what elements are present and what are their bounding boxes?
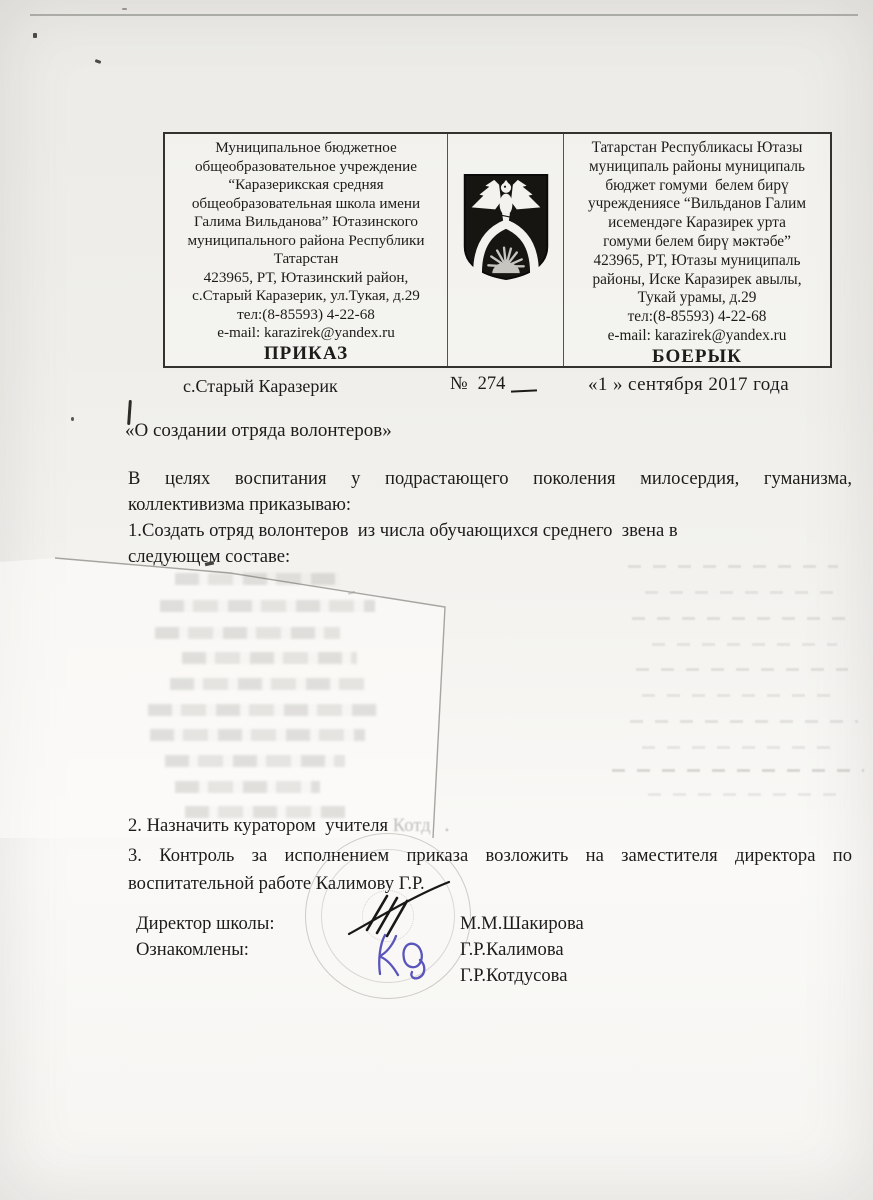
- ghost-text-line: [160, 600, 375, 612]
- item2-visible-text: 2. Назначить куратором учителя: [128, 815, 393, 836]
- scan-smudge: [632, 617, 854, 620]
- org-line: исемендәге Каразирек урта: [566, 214, 828, 233]
- letterhead-table: Муниципальное бюджетное общеобразователь…: [163, 132, 832, 368]
- scan-edge-line: [30, 14, 858, 16]
- order-title-tatar: БОЕРЫК: [566, 348, 828, 366]
- org-line: Муниципальное бюджетное: [168, 139, 444, 158]
- ghost-text-line: [175, 573, 340, 585]
- org-line: Галима Вильданова” Ютазинского: [168, 213, 444, 232]
- order-item-3: 3. Контроль за исполнением приказа возло…: [128, 842, 852, 898]
- ghost-text-line: [155, 627, 340, 639]
- ghost-text-line: [170, 678, 365, 690]
- pen-strike-mark: [511, 389, 537, 393]
- org-line: Тукай урамы, д.29: [566, 289, 828, 308]
- scan-smudge: [642, 746, 840, 749]
- letterhead-tatar-column: Татарстан Республикасы Ютазы муниципаль …: [563, 134, 830, 366]
- org-line: Татарстан Республикасы Ютазы: [566, 139, 828, 158]
- scan-speck: [71, 417, 74, 421]
- org-line: 423965, РТ, Ютазинский район,: [168, 269, 444, 288]
- org-line: 423965, РТ, Ютазы муниципаль: [566, 252, 828, 271]
- org-line: учреждениясе “Вильданов Галим: [566, 195, 828, 214]
- ghost-text-line: [165, 755, 345, 767]
- scan-smudge: [648, 793, 838, 796]
- org-line: Татарстан: [168, 250, 444, 269]
- org-line: муниципального района Республики: [168, 232, 444, 251]
- scan-smudge: [642, 694, 842, 697]
- ghost-text-line: [182, 652, 357, 664]
- number-sign: №: [450, 374, 468, 394]
- scan-speck: [95, 59, 102, 64]
- scan-speck: [122, 8, 127, 10]
- director-label: Директор школы:: [136, 913, 275, 935]
- body-line: В целях воспитания у подрастающего покол…: [128, 466, 852, 492]
- org-line: тел:(8-85593) 4-22-68: [168, 306, 444, 325]
- order-number: №274: [450, 374, 505, 395]
- order-title-russian: ПРИКАЗ: [168, 345, 444, 364]
- scan-speck: [33, 33, 37, 38]
- coat-of-arms-emblem: [461, 172, 551, 282]
- body-line: 1.Создать отряд волонтеров из числа обуч…: [128, 518, 852, 544]
- org-line: с.Старый Каразерик, ул.Тукая, д.29: [168, 287, 444, 306]
- org-line: муниципаль районы муниципаль: [566, 158, 828, 177]
- scan-smudge: [612, 769, 864, 772]
- letterhead-russian-column: Муниципальное бюджетное общеобразователь…: [165, 134, 447, 366]
- scan-smudge: [630, 720, 858, 723]
- acknowledged-name: Г.Р.Калимова: [460, 939, 564, 961]
- scan-smudge: [636, 668, 848, 671]
- org-line: общеобразовательное учреждение: [168, 158, 444, 177]
- overlay-paper-edge: [0, 548, 470, 848]
- acknowledged-signature-ink: [368, 930, 448, 980]
- org-line: e-mail: karazirek@yandex.ru: [168, 324, 444, 343]
- acknowledged-label: Ознакомлены:: [136, 939, 249, 961]
- scan-smudge: [652, 643, 837, 646]
- item2-faint-dot: .: [445, 815, 450, 836]
- order-place: с.Старый Каразерик: [183, 376, 338, 397]
- scanned-order-document: Муниципальное бюджетное общеобразователь…: [0, 0, 873, 1200]
- director-name: М.М.Шакирова: [460, 913, 584, 935]
- org-line: бюджет гомуми белем бирү: [566, 177, 828, 196]
- ghost-text-line: [148, 704, 378, 716]
- org-line: тел:(8-85593) 4-22-68: [566, 308, 828, 327]
- number-value: 274: [478, 374, 506, 394]
- letterhead-emblem-cell: [447, 134, 563, 366]
- order-subject: «О создании отряда волонтеров»: [125, 420, 392, 442]
- ghost-text-line: [150, 729, 365, 741]
- ghost-text-line: [175, 781, 320, 793]
- org-line: e-mail: karazirek@yandex.ru: [566, 327, 828, 346]
- order-date: «1 » сентября 2017 года: [588, 374, 789, 396]
- body-line: коллективизма приказываю:: [128, 492, 852, 518]
- scan-smudge: [645, 591, 840, 594]
- body-line: воспитательной работе Калимову Г.Р.: [128, 870, 852, 898]
- acknowledged-name: Г.Р.Котдусова: [460, 965, 567, 987]
- scan-smudge: [628, 565, 838, 568]
- org-line: районы, Иске Каразирек авылы,: [566, 271, 828, 290]
- org-line: “Каразерикская средняя: [168, 176, 444, 195]
- org-line: общеобразовательная школа имени: [168, 195, 444, 214]
- body-line: 3. Контроль за исполнением приказа возло…: [128, 842, 852, 870]
- org-line: гомуми белем бирү мәктәбе”: [566, 233, 828, 252]
